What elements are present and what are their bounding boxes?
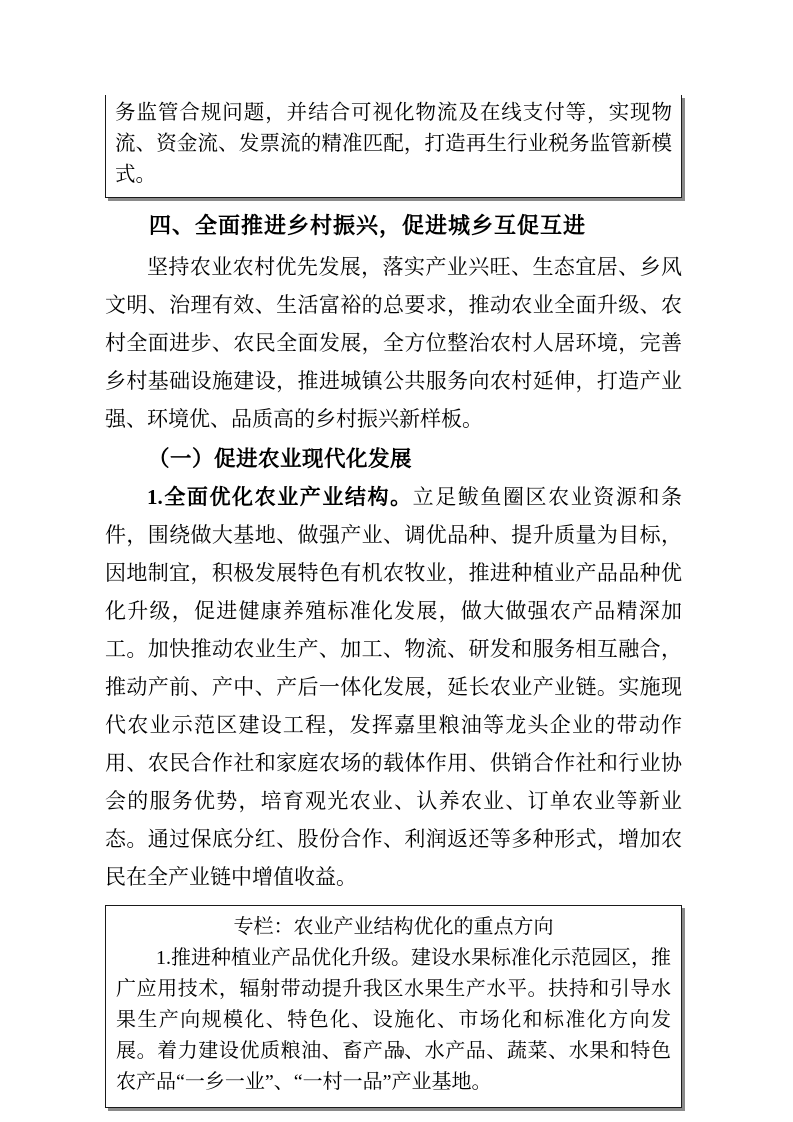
continued-text-box: 务监管合规问题，并结合可视化物流及在线支付等，实现物流、资金流、发票流的精准匹配… (105, 95, 682, 198)
column-highlight-box: 专栏：农业产业结构优化的重点方向 1.推进种植业产品优化升级。建设水果标准化示范… (105, 905, 682, 1108)
subsection-heading: （一）促进农业现代化发展 (105, 440, 682, 478)
continued-text-box-text: 务监管合规问题，并结合可视化物流及在线支付等，实现物流、资金流、发票流的精准匹配… (115, 102, 672, 186)
document-page: 务监管合规问题，并结合可视化物流及在线支付等，实现物流、资金流、发票流的精准匹配… (0, 0, 793, 1122)
item-paragraph: 1.全面优化农业产业结构。立足鲅鱼圈区农业资源和条件，围绕做大基地、做强产业、调… (105, 478, 682, 896)
column-box-text: 1.推进种植业产品优化升级。建设水果标准化示范园区，推广应用技术，辐射带动提升我… (116, 943, 671, 1098)
item-lead-bold: 1.全面优化农业产业结构。 (147, 485, 413, 509)
page-number: 70 (0, 1044, 793, 1060)
item-body-text: 立足鲅鱼圈区农业资源和条件，围绕做大基地、做强产业、调优品种、提升质量为目标，因… (105, 485, 682, 889)
section-intro-paragraph: 坚持农业农村优先发展，落实产业兴旺、生态宜居、乡风文明、治理有效、生活富裕的总要… (105, 248, 682, 438)
section-heading: 四、全面推进乡村振兴，促进城乡互促互进 (105, 211, 682, 241)
column-box-title: 专栏：农业产业结构优化的重点方向 (116, 911, 671, 943)
